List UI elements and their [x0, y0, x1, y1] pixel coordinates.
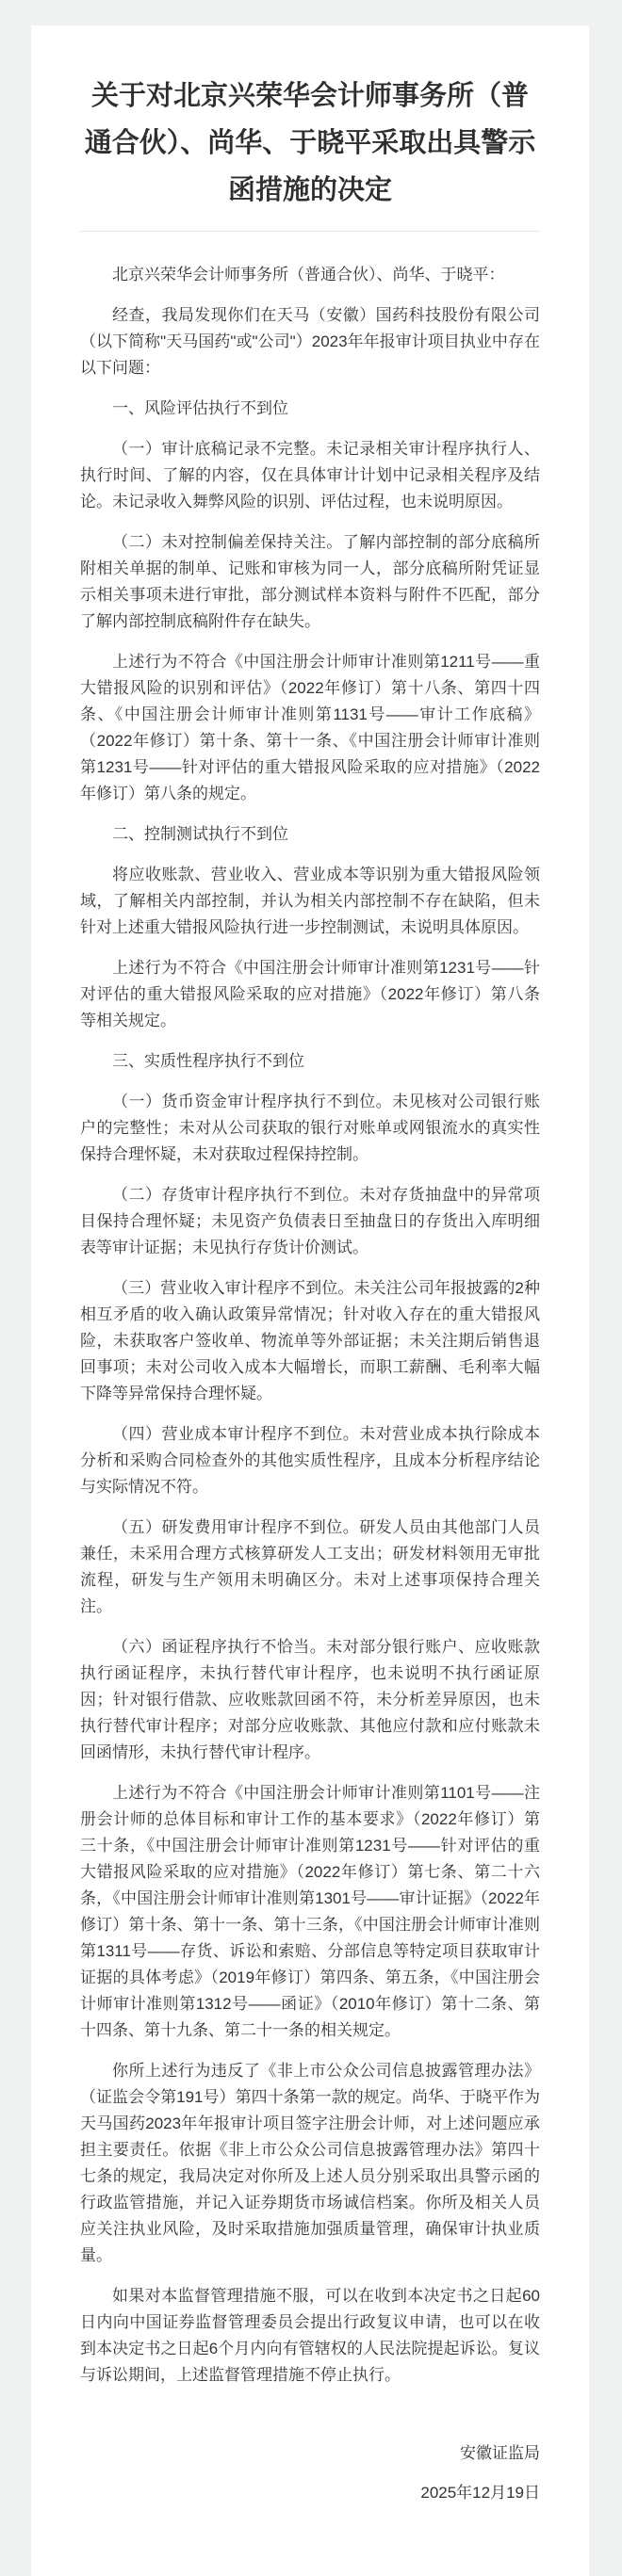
paragraph: （四）营业成本审计程序不到位。未对营业成本执行除成本分析和采购合同检查外的其他实…: [80, 1421, 540, 1500]
paragraph-intro: 经查，我局发现你们在天马（安徽）国药科技股份有限公司（以下简称"天马国药"或"公…: [80, 302, 540, 381]
issue-date: 2025年12月19日: [80, 2480, 540, 2506]
paragraph: 将应收账款、营业收入、营业成本等识别为重大错报风险领域，了解相关内部控制，并认为…: [80, 862, 540, 941]
paragraph: （二）未对控制偏差保持关注。了解内部控制的部分底稿所附相关单据的制单、记账和审核…: [80, 529, 540, 635]
signature-block: 安徽证监局 2025年12月19日: [80, 2440, 540, 2506]
document-title: 关于对北京兴荣华会计师事务所（普通合伙）、尚华、于晓平采取出具警示函措施的决定: [80, 73, 540, 214]
paragraph: （一）审计底稿记录不完整。未记录相关审计程序执行人、执行时间、了解的内容，仅在具…: [80, 436, 540, 515]
paragraph: （六）函证程序执行不恰当。未对部分银行账户、应收账款执行函证程序，未执行替代审计…: [80, 1634, 540, 1766]
addressee-line: 北京兴荣华会计师事务所（普通合伙）、尚华、于晓平：: [80, 262, 540, 288]
paragraph-rule-citation: 上述行为不符合《中国注册会计师审计准则第1211号——重大错报风险的识别和评估》…: [80, 649, 540, 807]
paragraph: （五）研发费用审计程序不到位。研发人员由其他部门人员兼任，未采用合理方式核算研发…: [80, 1515, 540, 1620]
paragraph: （二）存货审计程序执行不到位。未对存货抽盘中的异常项目保持合理怀疑；未见资产负债…: [80, 1182, 540, 1261]
section-heading-1: 一、风险评估执行不到位: [80, 396, 540, 422]
paragraph-appeal-rights: 如果对本监督管理措施不服，可以在收到本决定书之日起60日内向中国证券监督管理委员…: [80, 2283, 540, 2389]
paragraph-rule-citation: 上述行为不符合《中国注册会计师审计准则第1101号——注册会计师的总体目标和审计…: [80, 1780, 540, 2044]
section-heading-2: 二、控制测试执行不到位: [80, 821, 540, 848]
document-body: 北京兴荣华会计师事务所（普通合伙）、尚华、于晓平： 经查，我局发现你们在天马（安…: [80, 262, 540, 2389]
section-heading-3: 三、实质性程序执行不到位: [80, 1048, 540, 1075]
paragraph: （三）营业收入审计程序不到位。未关注公司年报披露的2种相互矛盾的收入确认政策异常…: [80, 1275, 540, 1407]
paragraph-decision: 你所上述行为违反了《非上市公众公司信息披露管理办法》（证监会令第191号）第四十…: [80, 2058, 540, 2269]
paragraph-rule-citation: 上述行为不符合《中国注册会计师审计准则第1231号——针对评估的重大错报风险采取…: [80, 955, 540, 1034]
paragraph: （一）货币资金审计程序执行不到位。未见核对公司银行账户的完整性；未对从公司获取的…: [80, 1089, 540, 1168]
document-card: 关于对北京兴荣华会计师事务所（普通合伙）、尚华、于晓平采取出具警示函措施的决定 …: [31, 25, 589, 2576]
page-background: { "theme": { "page_background": "#f0f1f1…: [0, 25, 622, 2540]
title-divider: [80, 231, 540, 232]
issuing-authority: 安徽证监局: [80, 2440, 540, 2467]
